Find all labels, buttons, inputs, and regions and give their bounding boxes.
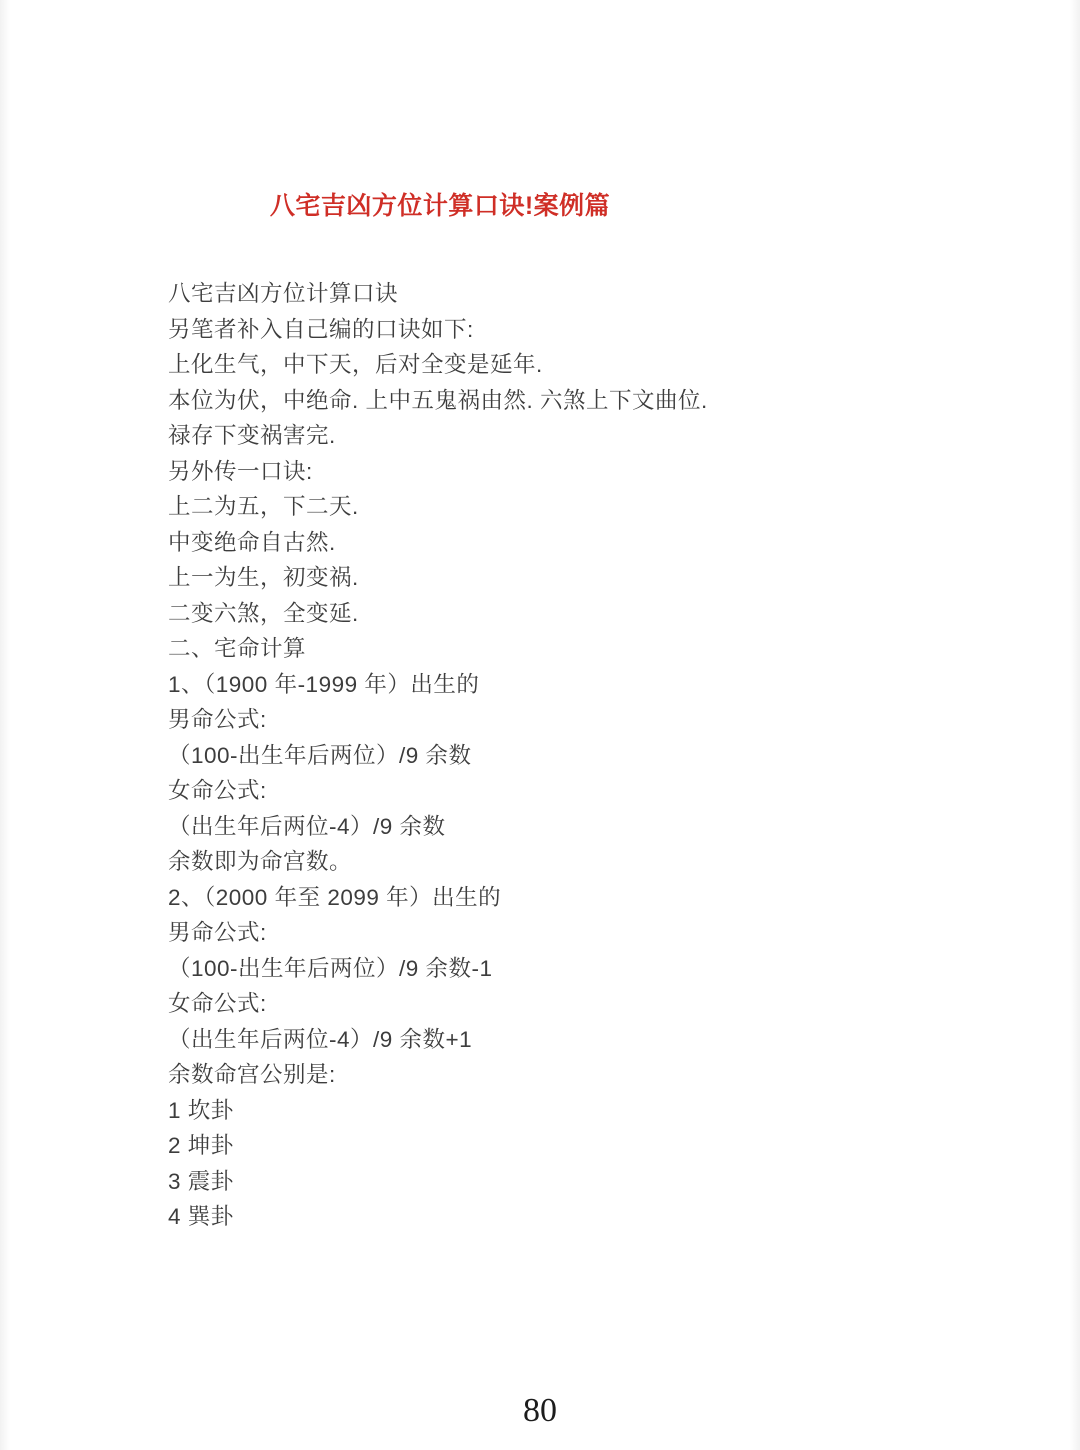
document-page: 八宅吉凶方位计算口诀!案例篇 八宅吉凶方位计算口诀另笔者补入自己编的口诀如下:上… xyxy=(0,0,1080,1450)
text-line: 上二为五，下二天. xyxy=(168,489,928,525)
text-line: 本位为伏，中绝命. 上中五鬼祸由然. 六煞上下文曲位. xyxy=(168,383,928,419)
text-line: 女命公式: xyxy=(168,986,928,1022)
text-line: 男命公式: xyxy=(168,915,928,951)
text-line: 男命公式: xyxy=(168,702,928,738)
text-line: 另外传一口诀: xyxy=(168,454,928,490)
text-line: 余数命宫公别是: xyxy=(168,1057,928,1093)
text-line: 1、（1900 年-1999 年）出生的 xyxy=(168,667,928,703)
text-line: 八宅吉凶方位计算口诀 xyxy=(168,276,928,312)
page-number: 80 xyxy=(0,1392,1080,1430)
text-line: 女命公式: xyxy=(168,773,928,809)
text-line: 3 震卦 xyxy=(168,1164,928,1200)
text-line: 另笔者补入自己编的口诀如下: xyxy=(168,312,928,348)
text-line: （100-出生年后两位）/9 余数-1 xyxy=(168,951,928,987)
text-line: 二、宅命计算 xyxy=(168,631,928,667)
text-line: 2、（2000 年至 2099 年）出生的 xyxy=(168,880,928,916)
text-line: （出生年后两位-4）/9 余数+1 xyxy=(168,1022,928,1058)
document-title: 八宅吉凶方位计算口诀!案例篇 xyxy=(170,186,710,222)
text-line: 上化生气，中下天，后对全变是延年. xyxy=(168,347,928,383)
body-text: 八宅吉凶方位计算口诀另笔者补入自己编的口诀如下:上化生气，中下天，后对全变是延年… xyxy=(168,276,928,1235)
text-line: 禄存下变祸害完. xyxy=(168,418,928,454)
text-line: 二变六煞，全变延. xyxy=(168,596,928,632)
text-line: 上一为生，初变祸. xyxy=(168,560,928,596)
text-line: （出生年后两位-4）/9 余数 xyxy=(168,809,928,845)
text-line: 2 坤卦 xyxy=(168,1128,928,1164)
text-line: 中变绝命自古然. xyxy=(168,525,928,561)
text-line: 1 坎卦 xyxy=(168,1093,928,1129)
text-line: 4 巽卦 xyxy=(168,1199,928,1235)
text-line: 余数即为命宫数。 xyxy=(168,844,928,880)
text-line: （100-出生年后两位）/9 余数 xyxy=(168,738,928,774)
